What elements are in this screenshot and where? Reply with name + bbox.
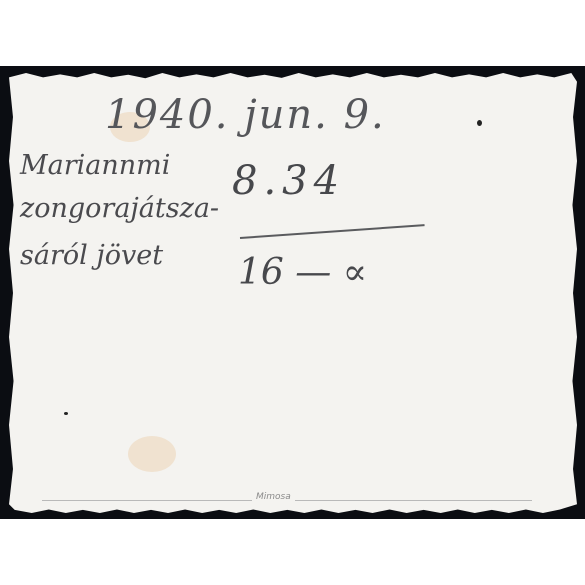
period-dot [477, 120, 482, 126]
handwritten-line-3: sáról jövet [20, 240, 163, 271]
handwritten-line-1: Mariannmi [20, 150, 170, 181]
paper-imprint: Mimosa [252, 492, 295, 502]
handwritten-time: 8.34 [232, 158, 345, 204]
speck [64, 412, 68, 415]
stain-bottom [128, 436, 176, 472]
photo-back-card [9, 73, 577, 513]
handwritten-line-2: zongorajátsza- [20, 193, 219, 224]
handwritten-duration: 16 — ∝ [238, 252, 367, 293]
handwritten-date: 1940. jun. 9. [105, 92, 386, 138]
